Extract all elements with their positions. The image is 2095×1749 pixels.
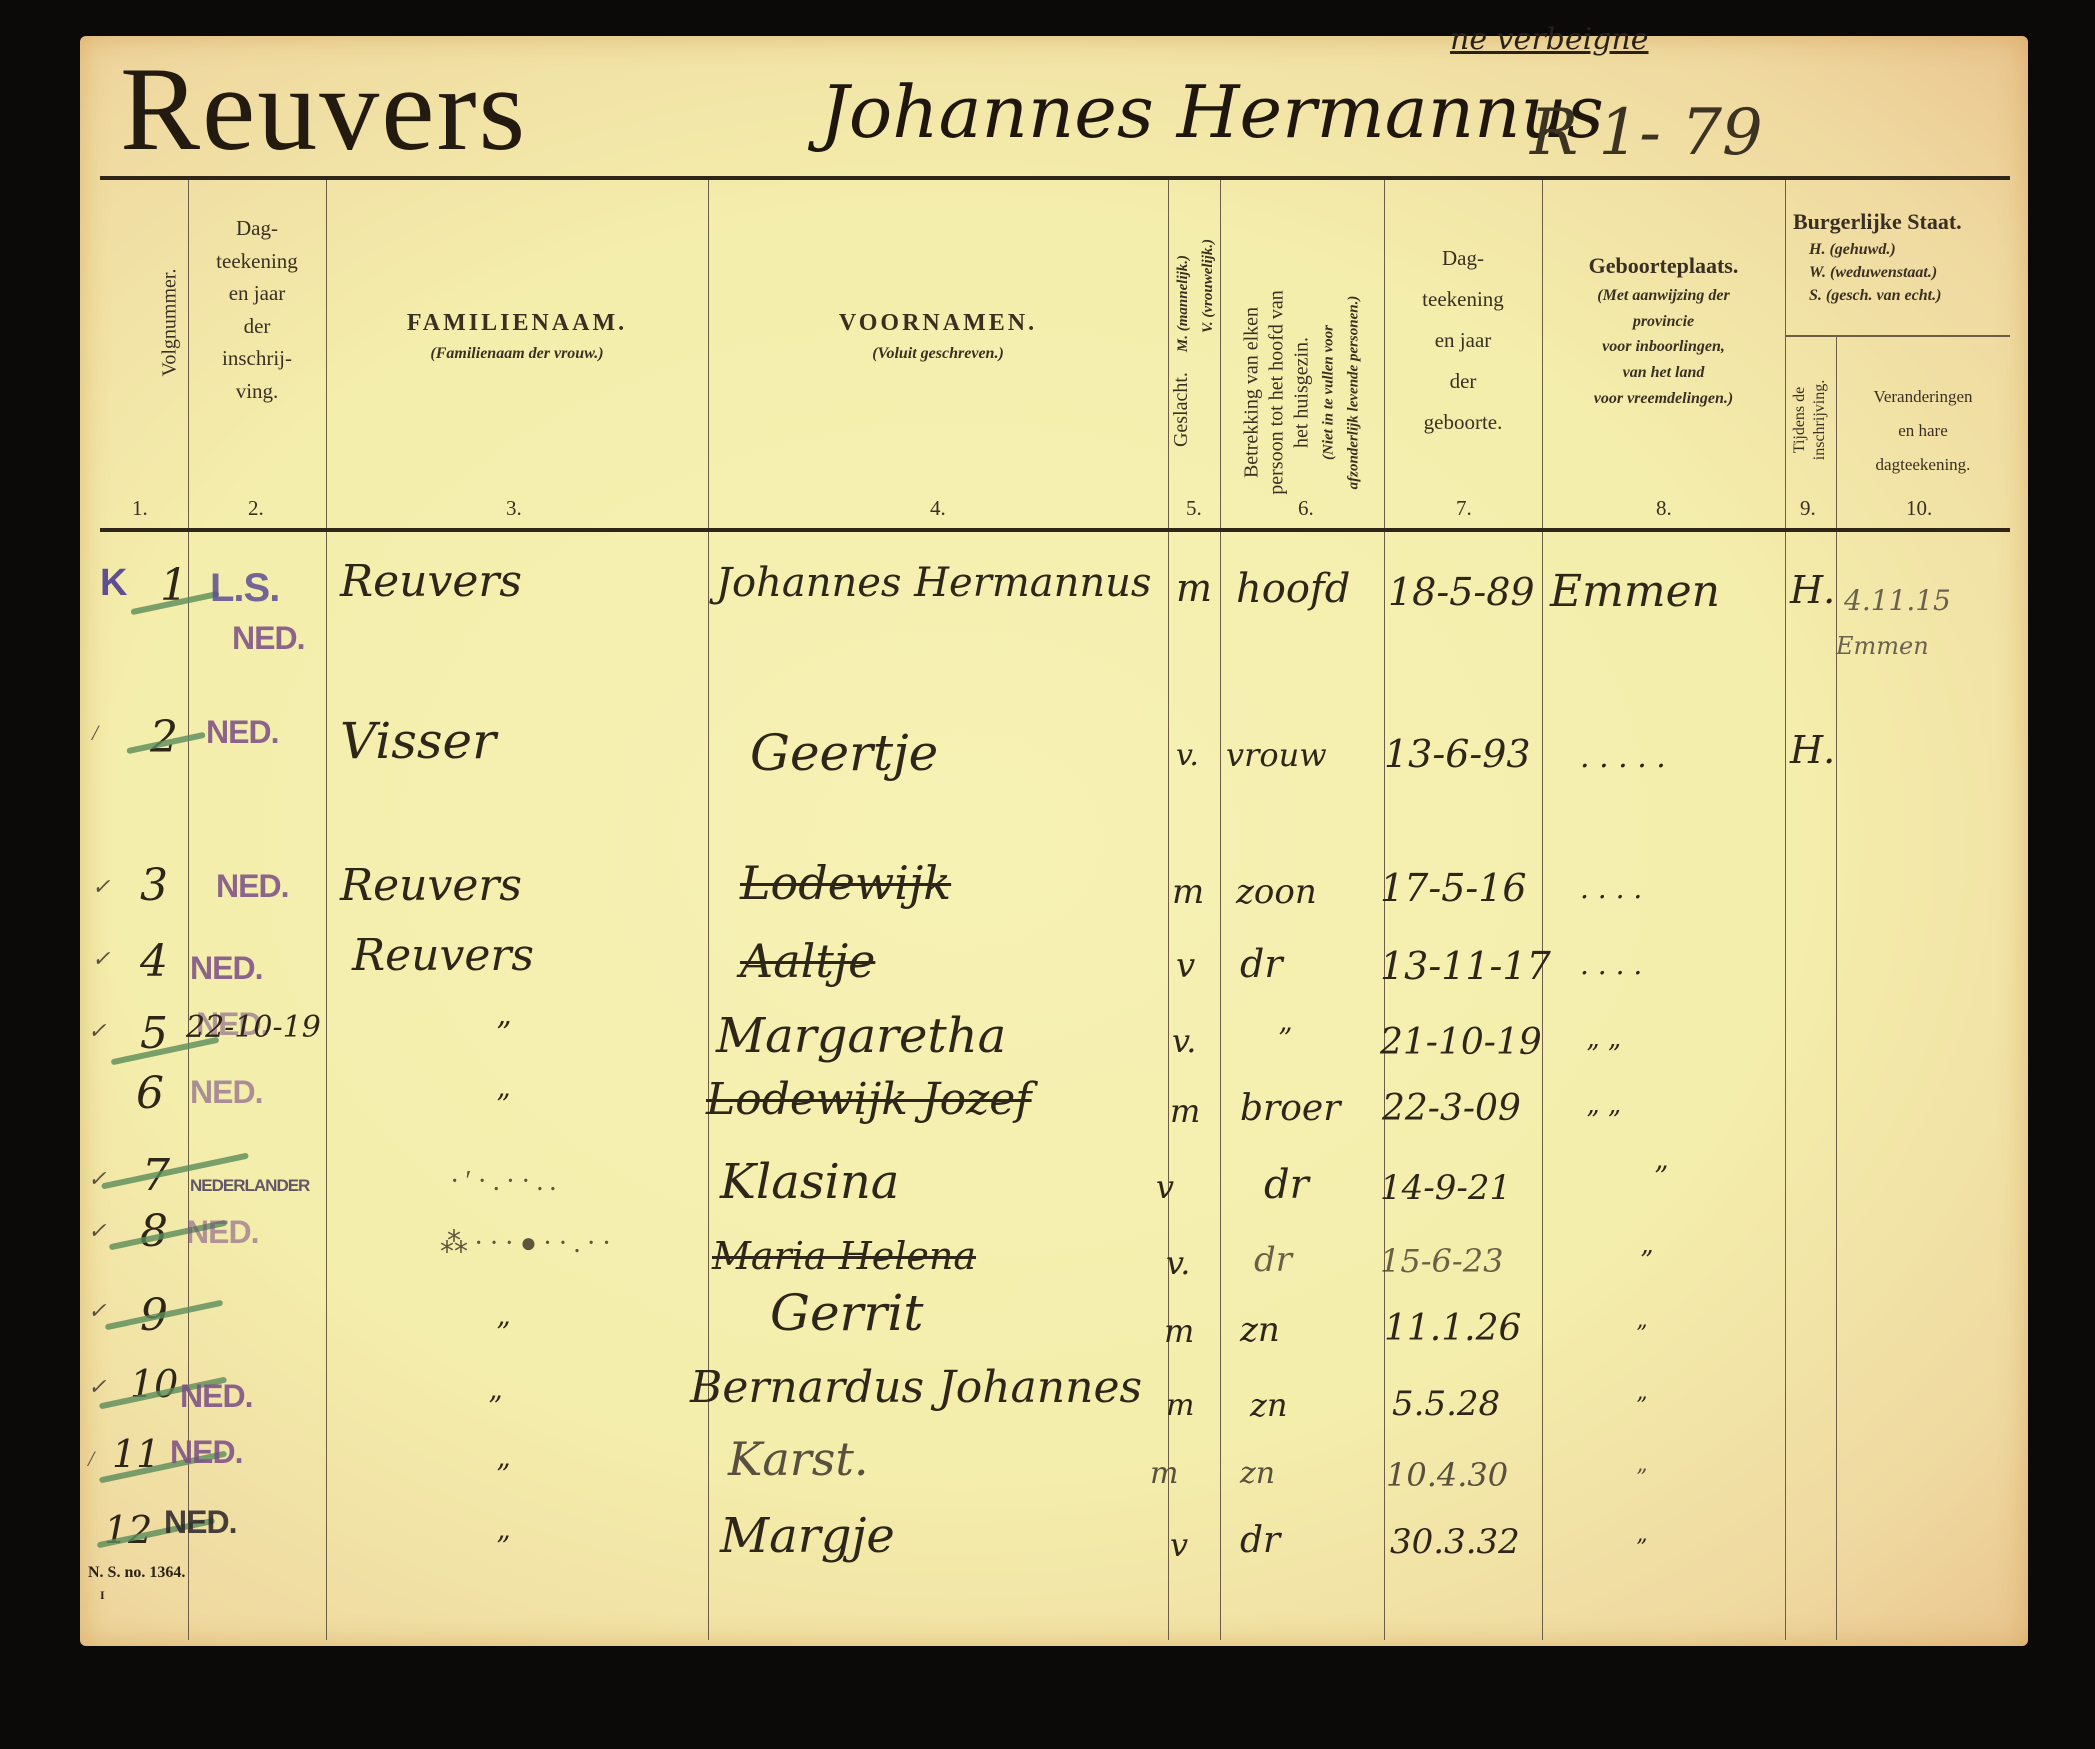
row9-surname: ” <box>496 1316 510 1349</box>
row1-relation: hoofd <box>1236 566 1350 612</box>
row5-sex: v. <box>1172 1022 1196 1060</box>
row6-relation: broer <box>1240 1088 1340 1129</box>
row7-ink-smudge: ·′·.··.. <box>450 1166 562 1198</box>
row3-birthdate: 17-5-16 <box>1380 866 1527 910</box>
row7-sex: v <box>1156 1168 1174 1206</box>
row1-birthdate: 18-5-89 <box>1388 570 1535 614</box>
top-right-note: ne verbeigne <box>1450 22 1649 57</box>
header-familienaam: FAMILIENAAM. (Familienaam der vrouw.) <box>326 305 708 367</box>
row9-tick: ✓ <box>88 1298 106 1324</box>
row4-tick: ✓ <box>92 946 110 972</box>
row12-birthplace: ” <box>1636 1536 1647 1561</box>
header-bottom-rule <box>100 528 2010 532</box>
row8-given: Maria Helena <box>712 1234 976 1278</box>
row5-relation: ” <box>1278 1022 1292 1055</box>
row10-tick: ✓ <box>88 1374 106 1400</box>
row6-number: 6 <box>136 1068 164 1119</box>
row6-sex: m <box>1170 1092 1200 1130</box>
row12-stamp: NED. <box>164 1504 236 1541</box>
row12-sex: v <box>1170 1526 1188 1564</box>
row4-stamp: NED. <box>190 950 262 987</box>
row2-stamp: NED. <box>206 714 278 751</box>
row11-birthplace: ” <box>1636 1466 1647 1491</box>
card-code: R 1- 79 <box>1530 96 1763 170</box>
row1-sex: m <box>1176 566 1212 610</box>
row3-tick: ✓ <box>92 874 110 900</box>
row2-tick: / <box>92 720 98 746</box>
col-divider-2 <box>326 180 327 1640</box>
row10-given: Bernardus Johannes <box>690 1362 1142 1413</box>
row2-birthdate: 13-6-93 <box>1384 732 1531 776</box>
row1-changes-place: Emmen <box>1836 632 1929 660</box>
row4-surname: Reuvers <box>352 930 534 981</box>
row9-sex: m <box>1164 1312 1194 1350</box>
row8-number: 8 <box>140 1206 168 1257</box>
colnum-3: 3. <box>506 496 522 521</box>
row9-birthdate: 11.1.26 <box>1384 1308 1521 1349</box>
row9-relation: zn <box>1240 1310 1280 1350</box>
row5-given: Margaretha <box>716 1008 1006 1064</box>
row4-number: 4 <box>140 936 168 987</box>
colnum-10: 10. <box>1906 496 1932 521</box>
row1-stamp-ls: L.S. <box>210 566 279 611</box>
header-voornamen: VOORNAMEN. (Voluit geschreven.) <box>708 305 1168 367</box>
row8-birthdate: 15-6-23 <box>1380 1242 1503 1280</box>
row5-registration-date: 22-10-19 <box>186 1010 321 1045</box>
row3-stamp: NED. <box>216 868 288 905</box>
row10-relation: zn <box>1250 1386 1287 1424</box>
row12-relation: dr <box>1240 1520 1280 1561</box>
row11-stamp: NED. <box>170 1434 242 1471</box>
row1-stamp-ned: NED. <box>232 620 304 657</box>
form-number: N. S. no. 1364. <box>88 1564 185 1582</box>
colnum-9: 9. <box>1800 496 1816 521</box>
header-veranderingen: Veranderingenen haredagteekening. <box>1836 380 2010 482</box>
row2-civil-status: H. <box>1790 728 1835 772</box>
colnum-4: 4. <box>930 496 946 521</box>
row11-birthdate: 10.4.30 <box>1386 1456 1508 1494</box>
row1-civil-status: H. <box>1790 568 1835 612</box>
row10-sex: m <box>1166 1388 1194 1423</box>
row6-stamp: NED. <box>190 1074 262 1111</box>
row5-surname: ” <box>496 1016 511 1051</box>
row6-surname: ” <box>496 1088 510 1121</box>
row8-ink-smudge: ⁂···●··.·· <box>440 1226 617 1260</box>
row2-given: Geertje <box>750 724 938 782</box>
row3-given: Lodewijk <box>740 856 951 910</box>
header-burgerlijke-staat: Burgerlijke Staat. H. (gehuwd.) W. (wedu… <box>1785 206 2010 307</box>
col-divider-8 <box>1785 180 1786 1640</box>
row10-surname: ” <box>488 1390 502 1423</box>
colnum-5: 5. <box>1186 496 1202 521</box>
colnum-6: 6. <box>1298 496 1314 521</box>
row4-birthdate: 13-11-17 <box>1380 944 1551 988</box>
row11-sex: m <box>1150 1456 1178 1491</box>
row5-tick: ✓ <box>88 1018 106 1044</box>
row6-birthdate: 22-3-09 <box>1382 1088 1521 1129</box>
row5-birthplace: ” ” <box>1586 1040 1621 1070</box>
col-divider-5 <box>1220 180 1221 1640</box>
row9-given: Gerrit <box>770 1284 923 1342</box>
card-given-names-title: Johannes Hermannus <box>820 70 1604 154</box>
row8-sex: v. <box>1166 1244 1190 1282</box>
row10-birthplace: ” <box>1636 1394 1647 1419</box>
colnum-1: 1. <box>132 496 148 521</box>
row2-sex: v. <box>1176 738 1199 773</box>
row12-surname: ” <box>496 1530 510 1563</box>
header-dagteekening-geboorte: Dag-teekeningen jaardergeboorte. <box>1384 238 1542 443</box>
row2-birthplace: . . . . . <box>1580 740 1666 775</box>
row3-number: 3 <box>140 860 168 911</box>
header-geboorteplaats: Geboorteplaats. (Met aanwijzing der prov… <box>1542 248 1785 411</box>
colnum-2: 2. <box>248 496 264 521</box>
row7-birthplace: ” <box>1654 1160 1668 1193</box>
row9-birthplace: ” <box>1636 1322 1647 1347</box>
row11-surname: ” <box>496 1458 510 1491</box>
row7-relation: dr <box>1264 1162 1309 1208</box>
row1-surname: Reuvers <box>340 556 522 607</box>
row5-birthdate: 21-10-19 <box>1380 1022 1542 1063</box>
header-dagteekening-inschrijving: Dag-teekeningen jaarderinschrij-ving. <box>188 212 326 407</box>
row11-given: Karst. <box>728 1432 869 1486</box>
row6-birthplace: ” ” <box>1586 1106 1621 1136</box>
row1-given: Johannes Hermannus <box>716 560 1151 606</box>
row1-changes: 4.11.15 <box>1844 584 1951 617</box>
row10-stamp: NED. <box>180 1378 252 1415</box>
colnum-7: 7. <box>1456 496 1472 521</box>
card-surname-title: Reuvers <box>120 40 527 178</box>
row2-surname: Visser <box>340 712 496 770</box>
row8-stamp: NED. <box>186 1214 258 1251</box>
row8-birthplace: ” <box>1640 1246 1653 1276</box>
row12-given: Margje <box>720 1508 895 1564</box>
row10-birthdate: 5.5.28 <box>1392 1384 1500 1424</box>
row3-relation: zoon <box>1236 872 1317 912</box>
colnum-8: 8. <box>1656 496 1672 521</box>
row8-relation: dr <box>1254 1240 1292 1280</box>
row11-relation: zn <box>1240 1456 1275 1491</box>
row4-given: Aaltje <box>740 934 875 988</box>
row3-birthplace: . . . . <box>1580 872 1642 905</box>
col-divider-3 <box>708 180 709 1640</box>
row1-birthplace: Emmen <box>1550 566 1720 617</box>
row7-stamp: NEDERLANDER <box>190 1176 309 1196</box>
row1-prefix: K <box>100 562 127 605</box>
burgerlijke-staat-rule <box>1785 335 2010 337</box>
row6-given: Lodewijk Jozef <box>706 1074 1032 1125</box>
header-tijdens-inschrijving: Tijdens deinschrijving. <box>1790 360 1830 480</box>
row3-surname: Reuvers <box>340 860 522 911</box>
row3-sex: m <box>1172 872 1204 912</box>
header-volgnummer: Volgnummer. <box>158 223 183 423</box>
row7-given: Klasina <box>720 1154 899 1210</box>
row4-relation: dr <box>1240 942 1283 986</box>
title-rule <box>100 176 2010 180</box>
row4-birthplace: . . . . <box>1580 948 1642 981</box>
row11-tick: / <box>88 1446 94 1472</box>
row2-relation: vrouw <box>1226 736 1327 774</box>
form-sub: I <box>100 1588 105 1603</box>
row7-birthdate: 14-9-21 <box>1380 1168 1511 1208</box>
header-geslacht: Geslacht. M. (mannelijk.) V. (vrouwelijk… <box>1169 191 1219 511</box>
row4-sex: v <box>1176 946 1195 986</box>
row8-tick: ✓ <box>88 1218 106 1244</box>
row12-birthdate: 30.3.32 <box>1390 1522 1520 1562</box>
